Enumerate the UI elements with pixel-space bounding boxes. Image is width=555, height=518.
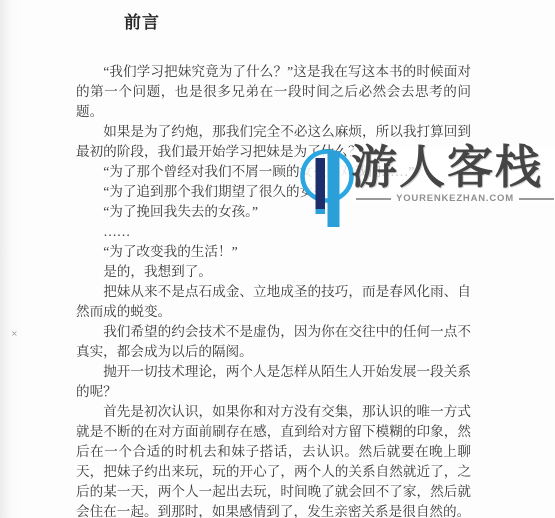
book-page: × 前言 “我们学习把妹究竟为了什么？”这是我在写这本书的时候面对的第一个问题，… bbox=[0, 0, 555, 518]
paragraph: 首先是初次认识，如果你和对方没有交集，那认识的唯一方式就是不断的在对方面前刷存在… bbox=[76, 402, 471, 518]
paragraph: “我们学习把妹究竟为了什么？”这是我在写这本书的时候面对的第一个问题，也是很多兄… bbox=[76, 62, 471, 122]
scan-artifact: × bbox=[11, 331, 16, 337]
paragraph: “为了追到那个我们期望了很久的女孩。” bbox=[76, 182, 471, 202]
dash-right bbox=[519, 198, 554, 200]
paragraph: 如果是为了约炮，那我们完全不必这么麻烦，所以我打算回到最初的阶段，我们最开始学习… bbox=[76, 122, 471, 162]
paragraph: “为了改变我的生活！” bbox=[76, 242, 471, 262]
paragraph: 是的，我想到了。 bbox=[76, 262, 471, 282]
paragraph: …… bbox=[76, 222, 471, 242]
paragraph: 抛开一切技术理论，两个人是怎样从陌生人开始发展一段关系的呢？ bbox=[76, 362, 471, 402]
paragraph: “为了挽回我失去的女孩。” bbox=[76, 202, 471, 222]
paragraph: 把妹从来不是点石成金、立地成圣的技巧，而是春风化雨、自然而成的蜕变。 bbox=[76, 282, 471, 322]
page-title: 前言 bbox=[124, 8, 160, 33]
body-text: “我们学习把妹究竟为了什么？”这是我在写这本书的时候面对的第一个问题，也是很多兄… bbox=[76, 62, 471, 518]
paragraph: 我们希望的约会技术不是虚伪，因为你在交往中的任何一点不真实，都会成为以后的隔阂。 bbox=[76, 322, 471, 362]
paragraph: “为了那个曾经对我们不屑一顾的女孩，对我们……” bbox=[76, 162, 471, 182]
